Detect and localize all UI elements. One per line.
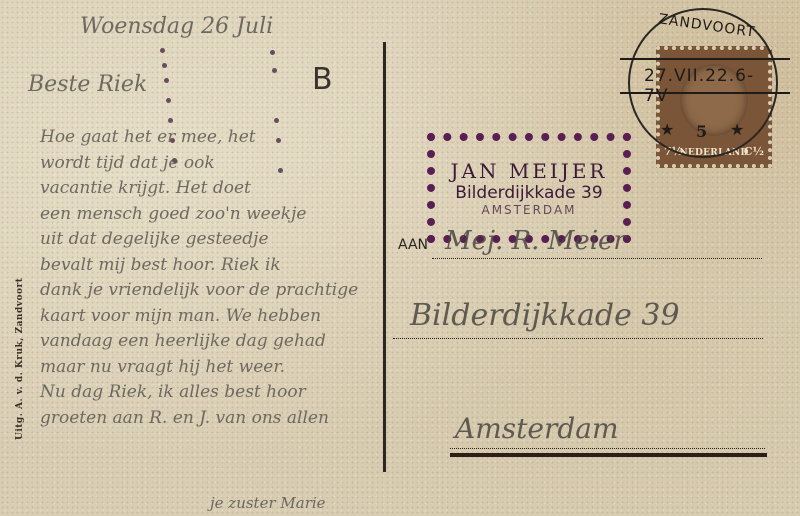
message-line: kaart voor mijn man. We hebben bbox=[40, 304, 358, 330]
postmark-cancel: ZANDVOORT 27.VII.22.6-7V ★ 5 ★ bbox=[628, 8, 778, 158]
message-line: vacantie krijgt. Het doet bbox=[40, 176, 358, 202]
recipient-city: Amsterdam bbox=[455, 412, 619, 445]
address-line bbox=[450, 448, 765, 449]
address-line bbox=[432, 258, 762, 259]
message-line: Hoe gaat het er mee, het bbox=[40, 125, 358, 151]
postmark-bar bbox=[620, 58, 790, 60]
message-line: wordt tijd dat je ook bbox=[40, 151, 358, 177]
message-line: een mensch goed zoo'n weekje bbox=[40, 202, 358, 228]
signoff: je zuster Marie bbox=[210, 494, 326, 512]
message-line: maar nu vraagt hij het weer. bbox=[40, 355, 358, 381]
greeting: Beste Riek bbox=[28, 72, 147, 97]
center-divider bbox=[383, 42, 386, 472]
message-line: bevalt mij best hoor. Riek ik bbox=[40, 253, 358, 279]
city-underline bbox=[450, 453, 767, 457]
sender-city: AMSTERDAM bbox=[481, 203, 576, 217]
postmark-town: ZANDVOORT bbox=[657, 11, 756, 40]
message-line: vandaag een heerlijke dag gehad bbox=[40, 329, 358, 355]
b-postal-mark: B bbox=[312, 62, 333, 97]
address-label: AAN bbox=[398, 237, 428, 253]
message-body: Hoe gaat het er mee, het wordt tijd dat … bbox=[40, 125, 358, 431]
message-line: uit dat degelijke gesteedje bbox=[40, 227, 358, 253]
postcard: Uitg. A. v. d. Kruk, Zandvoort Woensdag … bbox=[0, 0, 800, 516]
stamp-value-right: C½ bbox=[744, 145, 764, 158]
address-line bbox=[393, 338, 763, 339]
sender-name: JAN MEIJER bbox=[451, 159, 608, 183]
postmark-date: 27.VII.22.6-7V bbox=[644, 66, 776, 106]
sender-street: Bilderdijkkade 39 bbox=[455, 183, 602, 203]
message-line: Nu dag Riek, ik alles best hoor bbox=[40, 380, 358, 406]
recipient-name: Mej. R. Meier bbox=[445, 226, 626, 256]
star-icon: ★ bbox=[660, 120, 674, 139]
recipient-street: Bilderdijkkade 39 bbox=[410, 298, 680, 333]
date-line: Woensdag 26 Juli bbox=[80, 14, 273, 39]
postmark-office-number: 5 bbox=[696, 122, 707, 141]
message-line: dank je vriendelijk voor de prachtige bbox=[40, 278, 358, 304]
star-icon: ★ bbox=[730, 120, 744, 139]
publisher-imprint: Uitg. A. v. d. Kruk, Zandvoort bbox=[15, 278, 25, 440]
message-line: groeten aan R. en J. van ons allen bbox=[40, 406, 358, 432]
postmark-bar bbox=[620, 92, 790, 94]
